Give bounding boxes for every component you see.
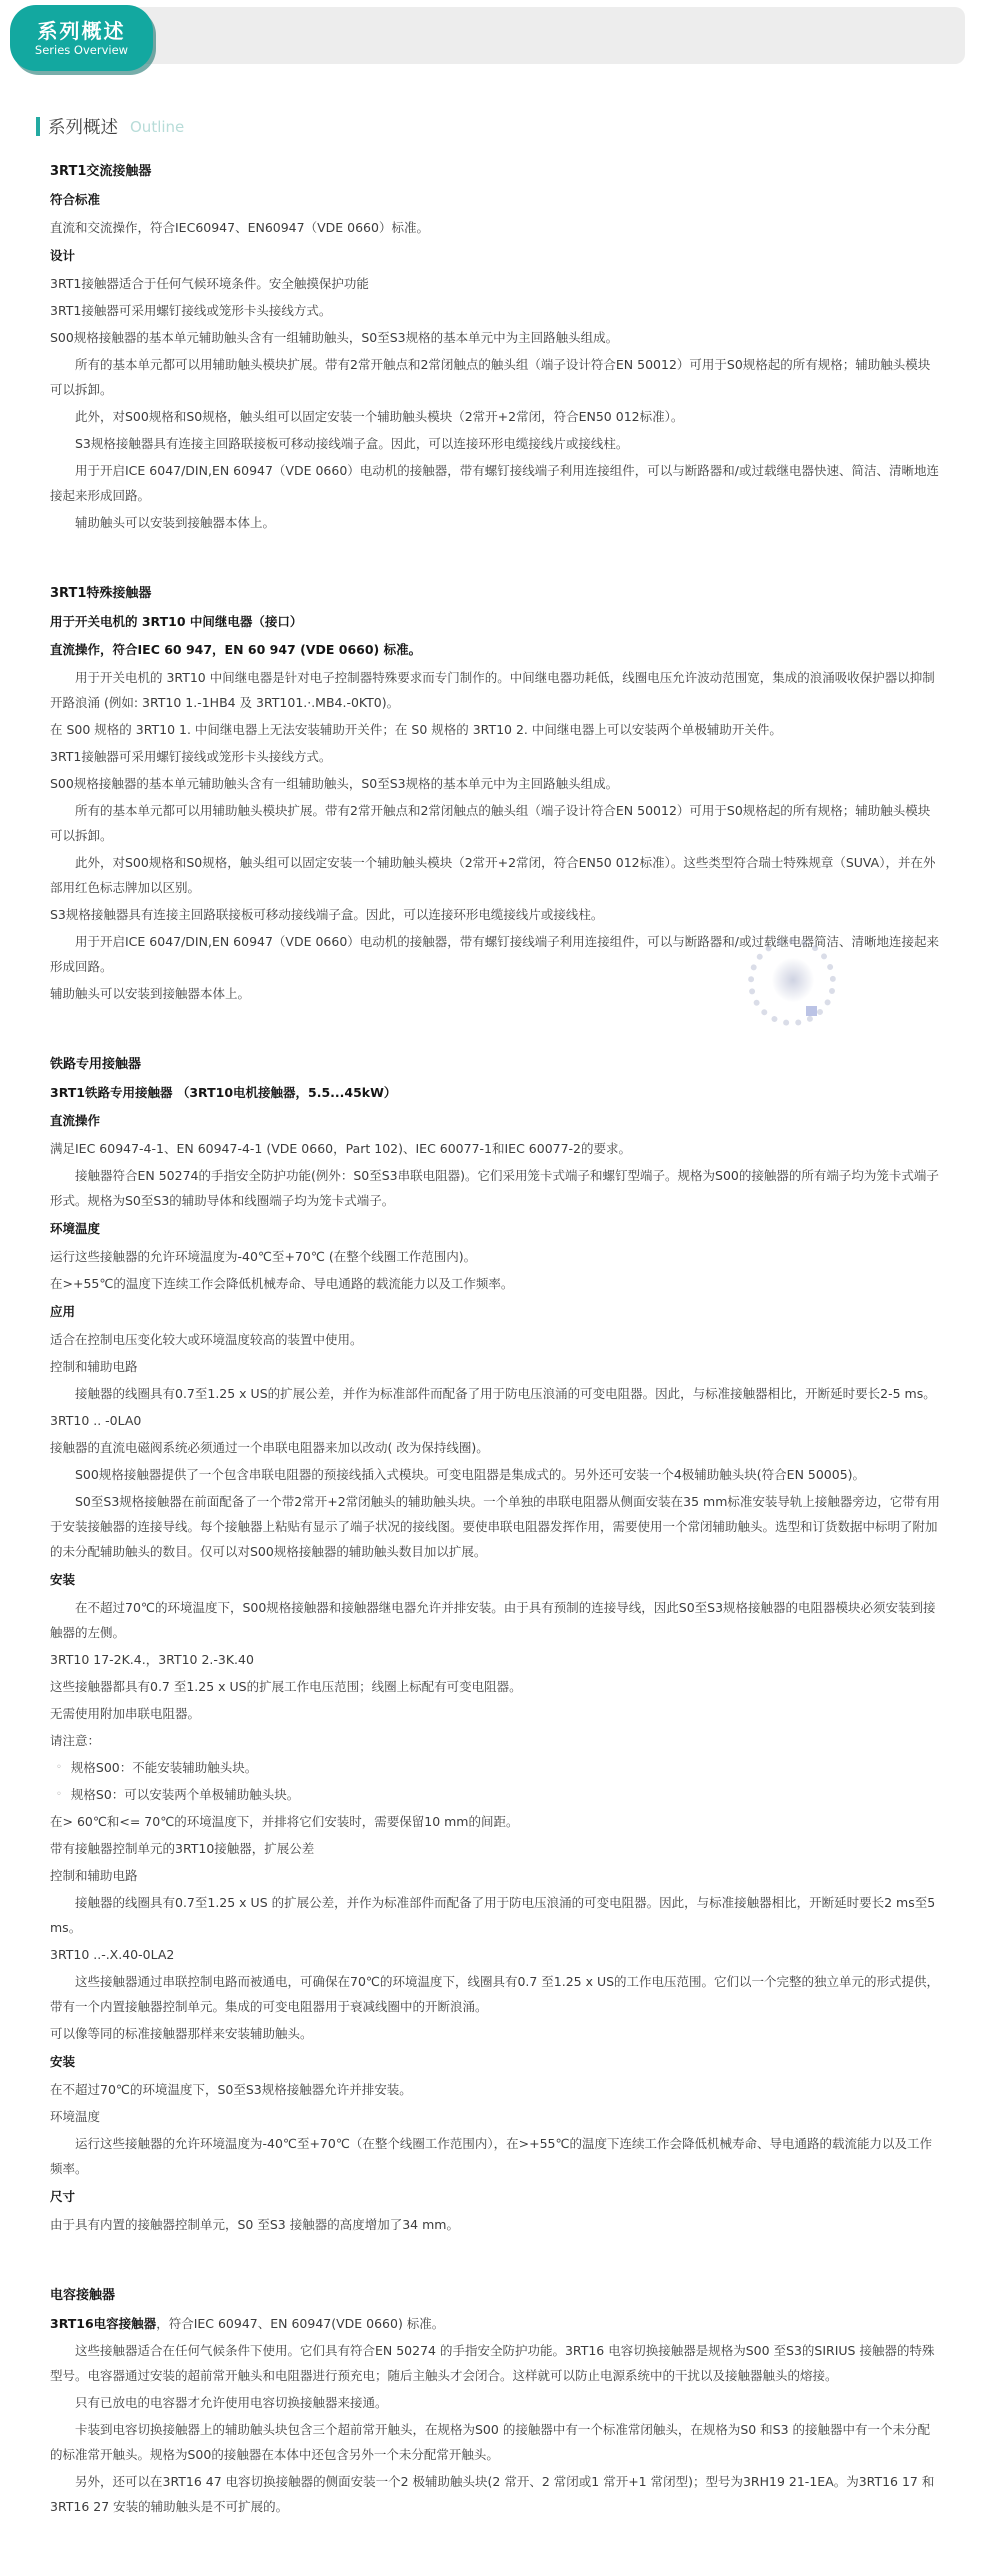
paragraph: 3RT1接触器可采用螺钉接线或笼形卡头接线方式。 [50,744,940,769]
sub-heading: 设计 [50,243,940,268]
paragraph: 此外，对S00规格和S0规格，触头组可以固定安装一个辅助触头模块（2常开+2常闭… [50,850,940,900]
paragraph: 用于开关电机的 3RT10 中间继电器是针对电子控制器特殊要求而专门制作的。中间… [50,665,940,715]
section-title: 系列概述 Outline [36,114,990,139]
badge-title-zh: 系列概述 [38,19,126,43]
paragraph: 环境温度 [50,2104,940,2129]
sub-heading: 用于开关电机的 3RT10 中间继电器（接口） [50,609,940,634]
paragraph: 用于开启ICE 6047/DIN,EN 60947（VDE 0660）电动机的接… [50,929,940,979]
paragraph: 在> 60℃和<= 70℃的环境温度下，并排将它们安装时，需要保留10 mm的间… [50,1809,940,1834]
paragraph: S3规格接触器具有连接主回路联接板可移动接线端子盒。因此，可以连接环形电缆接线片… [50,902,940,927]
bullet-item: ◦规格S0：可以安装两个单极辅助触头块。 [50,1782,940,1807]
paragraph: 运行这些接触器的允许环境温度为-40℃至+70℃（在整个线圈工作范围内），在>+… [50,2131,940,2181]
section-title-zh: 系列概述 [48,114,118,139]
sub-heading: 安装 [50,2049,940,2074]
catalog-page: 系列概述 Series Overview 系列概述 Outline 3RT1交流… [0,0,990,2558]
paragraph: 由于具有内置的接触器控制单元，S0 至S3 接触器的高度增加了34 mm。 [50,2212,940,2237]
paragraph: S3规格接触器具有连接主回路联接板可移动接线端子盒。因此，可以连接环形电缆接线片… [50,431,940,456]
paragraph: 这些接触器都具有0.7 至1.25 x US的扩展工作电压范围；线圈上标配有可变… [50,1674,940,1699]
paragraph: 控制和辅助电路 [50,1354,940,1379]
bold-lead: 3RT16电容接触器 [50,2316,156,2331]
paragraph: 辅助触头可以安装到接触器本体上。 [50,981,940,1006]
bullet-icon: ◦ [56,1755,62,1780]
sub-heading: 直流操作，符合IEC 60 947，EN 60 947 (VDE 0660) 标… [50,637,940,662]
paragraph: 在不超过70℃的环境温度下，S0至S3规格接触器允许并排安装。 [50,2077,940,2102]
paragraph: 适合在控制电压变化较大或环境温度较高的装置中使用。 [50,1327,940,1352]
paragraph: 无需使用附加串联电阻器。 [50,1701,940,1726]
paragraph: S00规格接触器提供了一个包含串联电阻器的预接线插入式模块。可变电阻器是集成式的… [50,1462,940,1487]
paragraph: S00规格接触器的基本单元辅助触头含有一组辅助触头，S0至S3规格的基本单元中为… [50,325,940,350]
paragraph: 3RT1接触器可采用螺钉接线或笼形卡头接线方式。 [50,298,940,323]
paragraph: S0至S3规格接触器在前面配备了一个带2常开+2常闭触头的辅助触头块。一个单独的… [50,1489,940,1564]
paragraph: 3RT1接触器适合于任何气候环境条件。安全触摸保护功能 [50,271,940,296]
section-heading: 电容接触器 [50,2283,940,2308]
paragraph: 直流和交流操作，符合IEC60947、EN60947（VDE 0660）标准。 [50,215,940,240]
paragraph: 满足IEC 60947-4-1、EN 60947-4-1 (VDE 0660，P… [50,1136,940,1161]
model-number-line: 3RT10 ..-.X.40-0LA2 [50,1942,940,1967]
paragraph: 接触器的线圈具有0.7至1.25 x US的扩展公差，并作为标准部件而配备了用于… [50,1381,940,1406]
paragraph: 在不超过70℃的环境温度下，S00规格接触器和接触器继电器允许并排安装。由于具有… [50,1595,940,1645]
paragraph: 接触器的直流电磁阀系统必须通过一个串联电阻器来加以改动( 改为保持线圈)。 [50,1435,940,1460]
paragraph: 另外，还可以在3RT16 47 电容切换接触器的侧面安装一个2 极辅助触头块(2… [50,2469,940,2519]
section-heading: 3RT1交流接触器 [50,159,940,184]
paragraph: 接触器的线圈具有0.7至1.25 x US 的扩展公差，并作为标准部件而配备了用… [50,1890,940,1940]
section-heading: 铁路专用接触器 [50,1052,940,1077]
paragraph: 所有的基本单元都可以用辅助触头模块扩展。带有2常开触点和2常闭触点的触头组（端子… [50,798,940,848]
paragraph: 这些接触器适合在任何气候条件下使用。它们具有符合EN 50274 的手指安全防护… [50,2338,940,2388]
paragraph: 运行这些接触器的允许环境温度为-40℃至+70℃ (在整个线圈工作范围内)。 [50,1244,940,1269]
header-bar [36,7,965,64]
paragraph: 辅助触头可以安装到接触器本体上。 [50,510,940,535]
bullet-item: ◦规格S00：不能安装辅助触头块。 [50,1755,940,1780]
paragraph: 用于开启ICE 6047/DIN,EN 60947（VDE 0660）电动机的接… [50,458,940,508]
paragraph: 此外，对S00规格和S0规格，触头组可以固定安装一个辅助触头模块（2常开+2常闭… [50,404,940,429]
page-header: 系列概述 Series Overview [0,0,990,86]
content-area: 3RT1交流接触器符合标准直流和交流操作，符合IEC60947、EN60947（… [50,159,940,2519]
bullet-text: 规格S0：可以安装两个单极辅助触头块。 [71,1782,299,1807]
model-number-line: 3RT10 .. -0LA0 [50,1408,940,1433]
paragraph: 在>+55℃的温度下连续工作会降低机械寿命、导电通路的载流能力以及工作频率。 [50,1271,940,1296]
section-heading: 3RT1特殊接触器 [50,581,940,606]
accent-bar-icon [36,117,40,136]
paragraph: 控制和辅助电路 [50,1863,940,1888]
paragraph: 卡装到电容切换接触器上的辅助触头块包含三个超前常开触头，在规格为S00 的接触器… [50,2417,940,2467]
paragraph: 所有的基本单元都可以用辅助触头模块扩展。带有2常开触点和2常闭触点的触头组（端子… [50,352,940,402]
paragraph: 请注意： [50,1728,940,1753]
sub-heading: 应用 [50,1299,940,1324]
badge-title-en: Series Overview [35,43,128,58]
bullet-text: 规格S00：不能安装辅助触头块。 [71,1755,257,1780]
paragraph: 3RT16电容接触器，符合IEC 60947、EN 60947(VDE 0660… [50,2311,940,2336]
paragraph: 在 S00 规格的 3RT10 1. 中间继电器上无法安装辅助开关件；在 S0 … [50,717,940,742]
sub-heading: 尺寸 [50,2184,940,2209]
sub-heading: 符合标准 [50,187,940,212]
paragraph: 这些接触器通过串联控制电路而被通电，可确保在70℃的环境温度下，线圈具有0.7 … [50,1969,940,2019]
paragraph: 可以像等同的标准接触器那样来安装辅助触头。 [50,2021,940,2046]
lead-rest: ，符合IEC 60947、EN 60947(VDE 0660) 标准。 [156,2316,444,2331]
sub-heading: 环境温度 [50,1216,940,1241]
sub-heading: 安装 [50,1567,940,1592]
sub-heading: 直流操作 [50,1108,940,1133]
paragraph: 带有接触器控制单元的3RT10接触器，扩展公差 [50,1836,940,1861]
model-number-line: 3RT10 17-2K.4.，3RT10 2.-3K.40 [50,1647,940,1672]
paragraph: 接触器符合EN 50274的手指安全防护功能(例外：S0至S3串联电阻器)。它们… [50,1163,940,1213]
bullet-icon: ◦ [56,1782,62,1807]
paragraph: 只有已放电的电容器才允许使用电容切换接触器来接通。 [50,2390,940,2415]
section-title-en: Outline [130,118,184,136]
paragraph: S00规格接触器的基本单元辅助触头含有一组辅助触头，S0至S3规格的基本单元中为… [50,771,940,796]
sub-heading: 3RT1铁路专用接触器 （3RT10电机接触器，5.5...45kW） [50,1080,940,1105]
series-overview-badge: 系列概述 Series Overview [10,5,153,71]
